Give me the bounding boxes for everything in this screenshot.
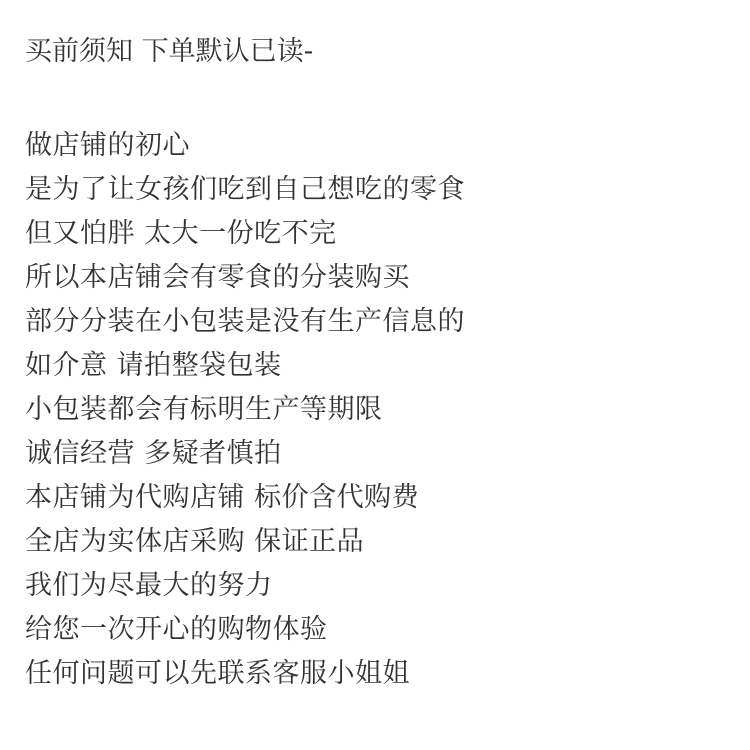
notice-line: 诚信经营 多疑者慎拍 xyxy=(25,432,465,476)
notice-line: 所以本店铺会有零食的分装购买 xyxy=(25,256,465,300)
notice-line: 我们为尽最大的努力 xyxy=(25,564,465,608)
notice-document: 买前须知 下单默认已读- 做店铺的初心 是为了让女孩们吃到自己想吃的零食 但又怕… xyxy=(25,30,465,696)
notice-line: 全店为实体店采购 保证正品 xyxy=(25,520,465,564)
notice-line: 给您一次开心的购物体验 xyxy=(25,608,465,652)
notice-line: 如介意 请拍整袋包装 xyxy=(25,344,465,388)
notice-line: 但又怕胖 太大一份吃不完 xyxy=(25,212,465,256)
notice-line: 本店铺为代购店铺 标价含代购费 xyxy=(25,476,465,520)
blank-line xyxy=(25,74,465,124)
notice-line: 做店铺的初心 xyxy=(25,124,465,168)
notice-line: 是为了让女孩们吃到自己想吃的零食 xyxy=(25,168,465,212)
notice-heading: 买前须知 下单默认已读- xyxy=(25,30,465,74)
notice-line: 小包装都会有标明生产等期限 xyxy=(25,388,465,432)
notice-line: 任何问题可以先联系客服小姐姐 xyxy=(25,652,465,696)
notice-line: 部分分装在小包装是没有生产信息的 xyxy=(25,300,465,344)
